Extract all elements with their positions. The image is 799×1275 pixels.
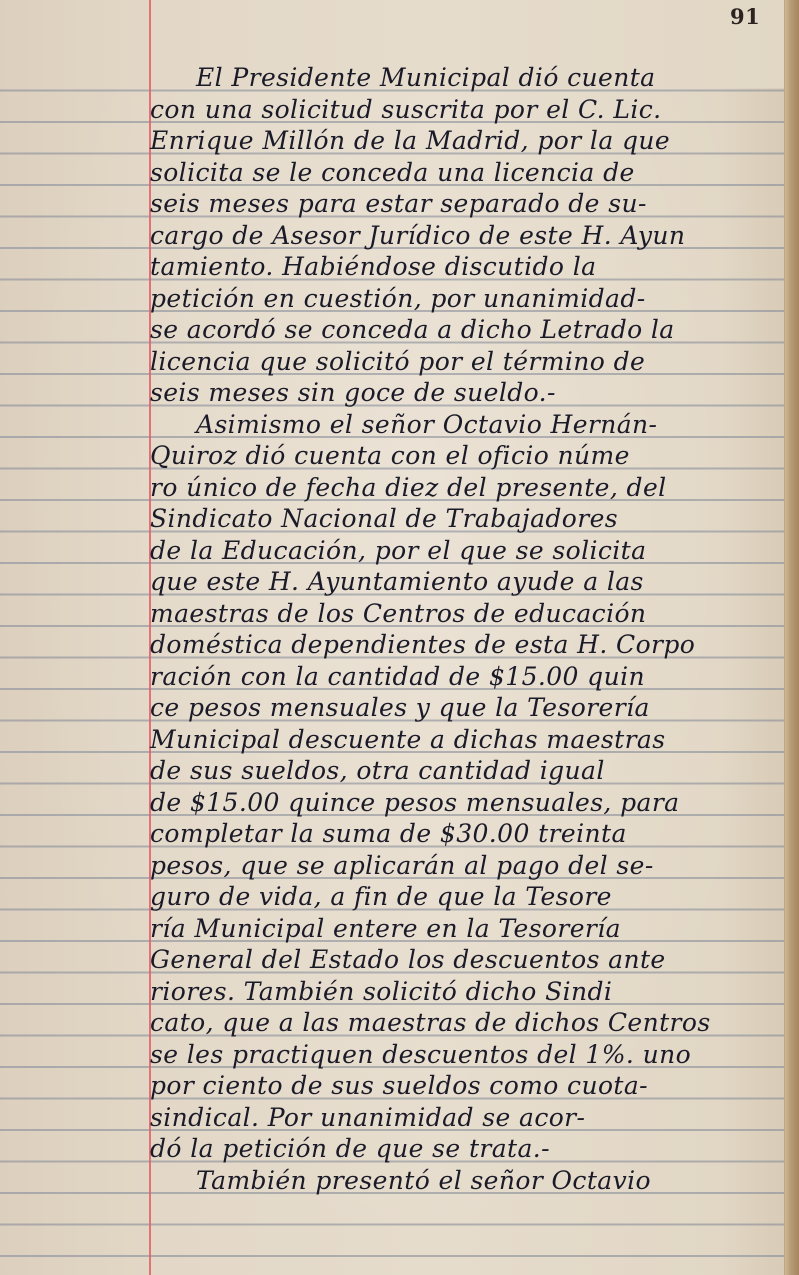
handwritten-line: sindical. Por unanimidad se acor- xyxy=(150,1104,585,1136)
handwritten-line: de la Educación, por el que se solicita xyxy=(150,537,646,569)
handwritten-line: Asimismo el señor Octavio Hernán- xyxy=(150,411,657,443)
handwritten-line: ro único de fecha diez del presente, del xyxy=(150,474,667,506)
handwritten-line: por ciento de sus sueldos como cuota- xyxy=(150,1072,648,1104)
page-edge xyxy=(784,0,799,1275)
ledger-page: 91 El Presidente Municipal dió cuentacon… xyxy=(0,0,799,1275)
handwritten-line: completar la suma de $30.00 treinta xyxy=(150,820,627,852)
handwritten-line: cargo de Asesor Jurídico de este H. Ayun xyxy=(150,222,685,254)
handwritten-line: Sindicato Nacional de Trabajadores xyxy=(150,505,618,537)
handwritten-line: seis meses para estar separado de su- xyxy=(150,190,647,222)
handwritten-line: doméstica dependientes de esta H. Corpo xyxy=(150,631,695,663)
handwritten-line: con una solicitud suscrita por el C. Lic… xyxy=(150,96,662,128)
handwritten-line: se les practiquen descuentos del 1%. uno xyxy=(150,1041,691,1073)
handwritten-line: Quiroz dió cuenta con el oficio núme xyxy=(150,442,630,474)
handwritten-line: petición en cuestión, por unanimidad- xyxy=(150,285,646,317)
handwritten-line: También presentó el señor Octavio xyxy=(150,1167,651,1199)
handwritten-line: tamiento. Habiéndose discutido la xyxy=(150,253,596,285)
handwritten-line: dó la petición de que se trata.- xyxy=(150,1135,550,1167)
handwritten-line: seis meses sin goce de sueldo.- xyxy=(150,379,556,411)
handwritten-line: de $15.00 quince pesos mensuales, para xyxy=(150,789,679,821)
page-number: 91 xyxy=(730,4,760,29)
handwritten-line: El Presidente Municipal dió cuenta xyxy=(150,64,655,96)
handwritten-line: maestras de los Centros de educación xyxy=(150,600,646,632)
handwritten-line: ría Municipal entere en la Tesorería xyxy=(150,915,621,947)
handwritten-line: ración con la cantidad de $15.00 quin xyxy=(150,663,645,695)
handwritten-line: Municipal descuente a dichas maestras xyxy=(150,726,665,758)
handwritten-line: solicita se le conceda una licencia de xyxy=(150,159,635,191)
handwritten-line: guro de vida, a fin de que la Tesore xyxy=(150,883,612,915)
handwritten-line: ce pesos mensuales y que la Tesorería xyxy=(150,694,650,726)
handwritten-line: riores. También solicitó dicho Sindi xyxy=(150,978,612,1010)
handwritten-line: General del Estado los descuentos ante xyxy=(150,946,666,978)
handwritten-line: que este H. Ayuntamiento ayude a las xyxy=(150,568,644,600)
handwritten-line: cato, que a las maestras de dichos Centr… xyxy=(150,1009,711,1041)
handwritten-line: Enrique Millón de la Madrid, por la que xyxy=(150,127,670,159)
handwritten-line: licencia que solicitó por el término de xyxy=(150,348,645,380)
handwritten-line: de sus sueldos, otra cantidad igual xyxy=(150,757,605,789)
handwritten-line: pesos, que se aplicarán al pago del se- xyxy=(150,852,654,884)
handwritten-line: se acordó se conceda a dicho Letrado la xyxy=(150,316,675,348)
